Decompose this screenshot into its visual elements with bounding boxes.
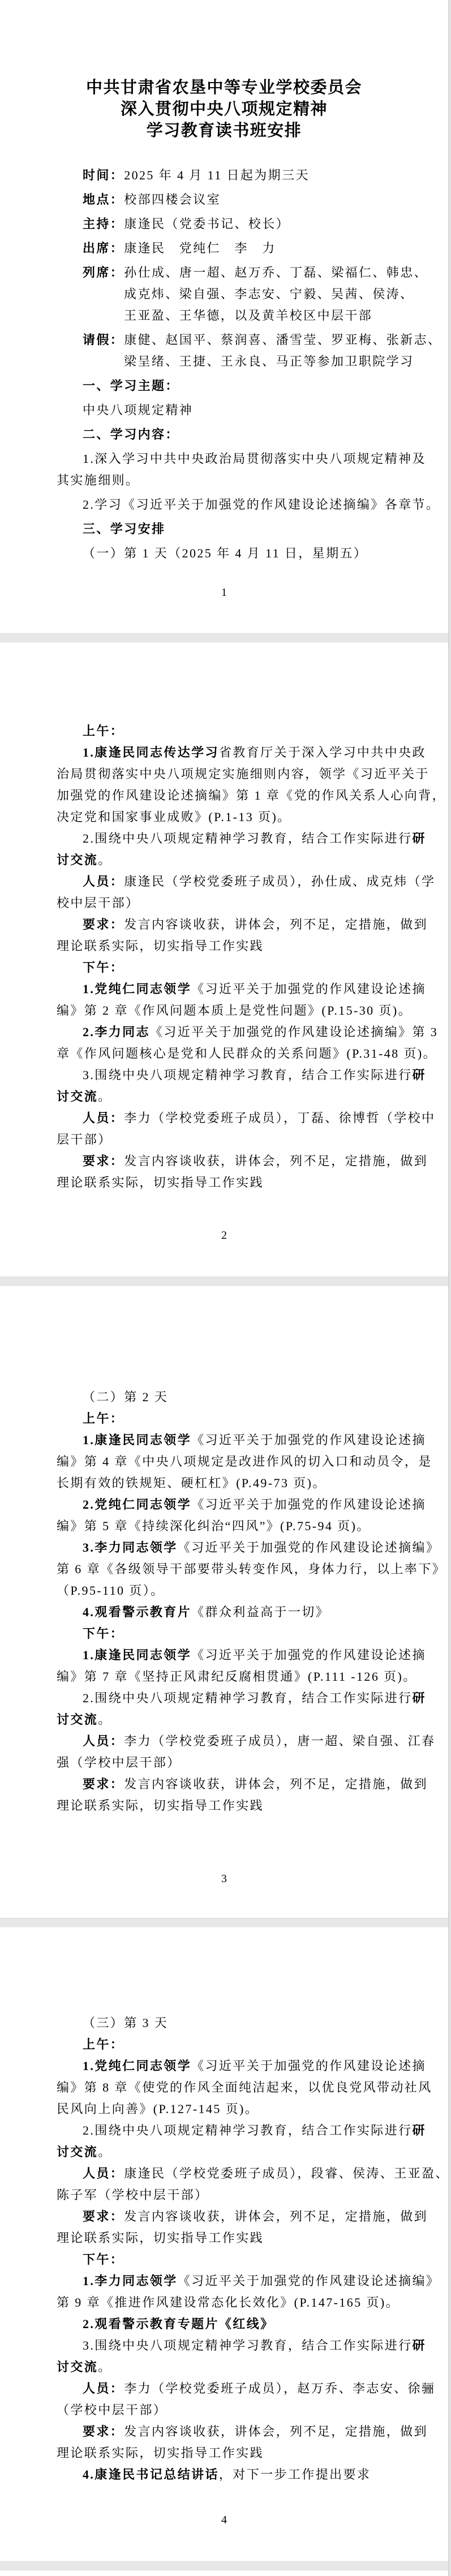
text-line: 编》第 7 章《坚持正风肃纪反腐相贯通》(P.111 -126 页)。: [0, 1666, 448, 1688]
text-segment: 省教育厅关于深入学习中共中央政: [219, 745, 426, 759]
text-segment: 陈子军（学校中层干部）: [57, 2188, 208, 2202]
text-segment: 发言内容谈收获，讲体会，列不足，定措施，做到: [124, 2424, 428, 2438]
text-line: 陈子军（学校中层干部）: [0, 2184, 448, 2206]
text-line: 4.观看警示教育片《群众利益高于一切》: [0, 1602, 448, 1623]
text-segment-bold: 研: [413, 2123, 426, 2137]
text-line: 1.党纯仁同志领学《习近平关于加强党的作风建设论述摘: [0, 978, 448, 1000]
text-segment-bold: 1.康逢民同志传达学习: [83, 745, 219, 759]
text-segment: 2.围绕中央八项规定精神学习教育，结合工作实际进行: [83, 1691, 413, 1705]
text-segment: 第 6 章《各级领导干部要带头转变作风，身体力行，以上率下》: [57, 1562, 446, 1576]
text-segment-bold: 1.党纯仁同志领学: [83, 982, 191, 996]
text-line: 要求：发言内容谈收获，讲体会，列不足，定措施，做到: [0, 914, 448, 935]
text-segment-bold: 要求：: [83, 1777, 124, 1791]
text-segment-bold: 2.李力同志: [83, 1025, 150, 1039]
document-page[interactable]: [0, 2571, 448, 2576]
text-line: 编》第 2 章《作风问题本质上是党性问题》(P.15-30 页)。: [0, 1000, 448, 1021]
text-line: 人员：李力（学校党委班子成员），赵万乔、李志安、徐骊: [0, 2378, 448, 2399]
text-line: （一）第 1 天（2025 年 4 月 11 日，星期五）: [0, 543, 448, 564]
text-line: 第 9 章《推进作风建设常态化长效化》(P.147-165 页)。: [0, 2292, 448, 2313]
text-line: 梁呈绪、王捷、王永良、马正等参加卫职院学习: [0, 351, 448, 372]
text-segment: 《习近平关于加强党的作风建设论述摘编》: [178, 2274, 440, 2288]
text-line: 其实施细则。: [0, 470, 448, 491]
text-line: 编》第 5 章《持续深化纠治“四风”》(P.75-94 页)。: [0, 1515, 448, 1537]
text-line: （二）第 2 天: [0, 1386, 448, 1408]
text-segment: 编》第 7 章《坚持正风肃纪反腐相贯通》(P.111 -126 页)。: [57, 1669, 417, 1684]
text-segment: 《习近平关于加强党的作风建设论述摘: [191, 1648, 426, 1662]
text-line: 章《作风问题核心是党和人民群众的关系问题》(P.31-48 页)。: [0, 1043, 448, 1064]
text-line: 下午：: [0, 957, 448, 978]
text-segment: （一）第 1 天（2025 年 4 月 11 日，星期五）: [83, 546, 367, 560]
text-line: 长期有效的铁规矩、硬杠杠》(P.49-73 页)。: [0, 1472, 448, 1494]
text-segment-bold: 深入贯彻中央八项规定精神: [121, 100, 328, 118]
text-segment-bold: 一、学习主题：: [83, 379, 179, 393]
text-segment: 《习近平关于加强党的作风建设论述摘编》第 3: [150, 1025, 438, 1039]
document-page[interactable]: 中共甘肃省农垦中等专业学校委员会深入贯彻中央八项规定精神学习教育读书班安排时间：…: [0, 0, 448, 633]
text-segment-bold: 主持：: [83, 217, 124, 231]
text-segment: 1.深入学习中共中央政治局贯彻落实中央八项规定精神及: [83, 452, 426, 466]
text-segment: （学校中层干部）: [57, 2403, 167, 2417]
text-line: 出席：康逢民 党纯仁 李 力: [0, 238, 448, 259]
page-gap: [0, 1277, 451, 1286]
text-segment: 发言内容谈收获，讲体会，列不足，定措施，做到: [124, 917, 428, 931]
text-line: 1.康逢民同志传达学习省教育厅关于深入学习中共中央政: [0, 742, 448, 763]
text-segment-bold: 列席：: [83, 265, 124, 280]
text-line: 讨交流。: [0, 2141, 448, 2163]
text-segment: 编》第 8 章《使党的作风全面纯洁起来，以优良党风带动社风: [57, 2080, 432, 2094]
text-line: 讨交流。: [0, 1709, 448, 1731]
text-segment: 第 9 章《推进作风建设常态化长效化》(P.147-165 页)。: [57, 2295, 400, 2309]
text-segment: 2.围绕中央八项规定精神学习教育，结合工作实际进行: [83, 831, 413, 845]
text-line: 主持：康逢民（党委书记、校长）: [0, 213, 448, 235]
text-segment: （二）第 2 天: [83, 1390, 168, 1404]
text-segment-bold: 讨交流: [57, 1089, 98, 1104]
text-line: 2.围绕中央八项规定精神学习教育，结合工作实际进行研: [0, 2120, 448, 2141]
text-segment-bold: 地点：: [83, 192, 124, 207]
text-segment: 李力（学校党委班子成员），唐一超、梁自强、江春: [124, 1734, 435, 1748]
page-gap: [0, 633, 451, 643]
text-segment: 王亚盈、王华德，以及黄羊校区中层干部: [124, 308, 372, 323]
text-segment-bold: 4.康逢民书记总结讲话: [83, 2467, 219, 2481]
text-line: 1.党纯仁同志领学《习近平关于加强党的作风建设论述摘: [0, 2055, 448, 2077]
text-segment: 康逢民 党纯仁 李 力: [124, 241, 276, 255]
text-segment: 《习近平关于加强党的作风建设论述摘: [191, 1433, 426, 1447]
text-segment-bold: 中共甘肃省农垦中等专业学校委员会: [86, 79, 362, 97]
text-segment: 2025 年 4 月 11 日起为期三天: [124, 168, 310, 182]
text-line: 人员：李力（学校党委班子成员），丁磊、徐博哲（学校中: [0, 1107, 448, 1129]
text-line: 要求：发言内容谈收获，讲体会，列不足，定措施，做到: [0, 2421, 448, 2442]
text-segment: 理论联系实际，切实指导工作实践: [57, 939, 264, 953]
document-page[interactable]: （三）第 3 天上午：1.党纯仁同志领学《习近平关于加强党的作风建设论述摘编》第…: [0, 1927, 448, 2561]
text-segment: 《习近平关于加强党的作风建设论述摘: [191, 2059, 426, 2073]
text-segment-bold: 讨交流: [57, 853, 98, 867]
scrollbar-track[interactable]: [448, 0, 451, 2576]
text-line: 4.康逢民书记总结讲话，对下一步工作提出要求: [0, 2464, 448, 2485]
document-viewport: 中共甘肃省农垦中等专业学校委员会深入贯彻中央八项规定精神学习教育读书班安排时间：…: [0, 0, 451, 2576]
text-segment: 长期有效的铁规矩、硬杠杠》(P.49-73 页)。: [57, 1476, 327, 1490]
text-segment-bold: 研: [413, 1068, 426, 1082]
text-segment: 加强党的作风建设论述摘编》第 1 章《党的作风关系人心向背，: [57, 788, 446, 802]
text-line: 列席：孙仕成、唐一超、赵万乔、丁磊、梁福仁、韩忠、: [0, 262, 448, 284]
text-line: 人员：康逢民（学校党委班子成员），孙仕成、成克炜（学: [0, 871, 448, 892]
text-line: 下午：: [0, 2249, 448, 2270]
text-segment-bold: 人员：: [83, 1734, 124, 1748]
text-line: 王亚盈、王华德，以及黄羊校区中层干部: [0, 305, 448, 327]
text-segment: 校部四楼会议室: [124, 192, 221, 207]
text-segment: 。: [98, 2360, 111, 2374]
text-line: 2.观看警示教育专题片《红线》: [0, 2313, 448, 2335]
text-segment: 层干部）: [57, 1132, 112, 1147]
text-segment-bold: 研: [413, 831, 426, 845]
text-line: 3.围绕中央八项规定精神学习教育，结合工作实际进行研: [0, 1064, 448, 1086]
text-segment-bold: 人员：: [83, 2381, 124, 2395]
text-segment-bold: 人员：: [83, 874, 124, 888]
text-segment: 《习近平关于加强党的作风建设论述摘编》: [178, 1540, 440, 1555]
text-segment: 李力（学校党委班子成员），丁磊、徐博哲（学校中: [124, 1111, 435, 1125]
text-line: 人员：康逢民（学校党委班子成员），段睿、侯涛、王亚盈、: [0, 2163, 448, 2184]
text-line: 成克炜、梁自强、李志安、宁毅、吴茜、侯涛、: [0, 284, 448, 305]
text-line: 要求：发言内容谈收获，讲体会，列不足，定措施，做到: [0, 1150, 448, 1172]
text-line: 治局贯彻落实中央八项规定实施细则内容，领学《习近平关于: [0, 763, 448, 785]
page-number: 4: [0, 2511, 448, 2528]
text-line: 人员：李力（学校党委班子成员），唐一超、梁自强、江春: [0, 1731, 448, 1752]
text-line: 理论联系实际，切实指导工作实践: [0, 1795, 448, 1817]
text-segment: 编》第 4 章《中央八项规定是改进作风的切入口和动员令，是: [57, 1454, 432, 1469]
text-line: 第 6 章《各级领导干部要带头转变作风，身体力行，以上率下》: [0, 1559, 448, 1580]
text-line: 时间：2025 年 4 月 11 日起为期三天: [0, 165, 448, 186]
text-line: 强（学校中层干部）: [0, 1752, 448, 1774]
text-segment-bold: 请假：: [83, 333, 124, 347]
text-segment-bold: 4.观看警示教育片: [83, 1605, 191, 1619]
text-line: 2.围绕中央八项规定精神学习教育，结合工作实际进行研: [0, 1688, 448, 1709]
page-gap: [0, 1918, 451, 1927]
text-line: 2.李力同志《习近平关于加强党的作风建设论述摘编》第 3: [0, 1021, 448, 1043]
text-segment-bold: 1.康逢民同志领学: [83, 1433, 191, 1447]
text-line: 上午：: [0, 1408, 448, 1429]
text-line: 三、学习安排: [0, 518, 448, 540]
text-segment: 编》第 5 章《持续深化纠治“四风”》(P.75-94 页)。: [57, 1519, 371, 1533]
text-segment: 3.围绕中央八项规定精神学习教育，结合工作实际进行: [83, 1068, 413, 1082]
text-line: 层干部）: [0, 1129, 448, 1150]
text-line: 讨交流。: [0, 2356, 448, 2378]
text-segment: 章《作风问题核心是党和人民群众的关系问题》(P.31-48 页)。: [57, 1046, 437, 1061]
text-segment: 其实施细则。: [57, 473, 139, 487]
text-segment: 康健、赵国平、蔡润喜、潘雪莹、罗亚梅、张新志、: [124, 333, 441, 347]
text-segment: 孙仕成、唐一超、赵万乔、丁磊、梁福仁、韩忠、: [124, 265, 428, 280]
text-line: 民风向上向善》(P.127-145 页)。: [0, 2098, 448, 2120]
text-segment-bold: 人员：: [83, 2166, 124, 2180]
text-segment: 编》第 2 章《作风问题本质上是党性问题》(P.15-30 页)。: [57, 1003, 412, 1017]
text-segment-bold: 上午：: [83, 724, 124, 738]
text-segment-bold: 上午：: [83, 2037, 124, 2051]
text-segment: 发言内容谈收获，讲体会，列不足，定措施，做到: [124, 2209, 428, 2223]
text-line: 讨交流。: [0, 1086, 448, 1107]
text-segment-bold: 下午：: [83, 1626, 124, 1641]
text-segment: 治局贯彻落实中央八项规定实施细则内容，领学《习近平关于: [57, 767, 429, 781]
text-segment-bold: 三、学习安排: [83, 522, 165, 536]
text-line: 编》第 8 章《使党的作风全面纯洁起来，以优良党风带动社风: [0, 2077, 448, 2098]
text-segment: ，对下一步工作提出要求: [219, 2467, 371, 2481]
text-line: 要求：发言内容谈收获，讲体会，列不足，定措施，做到: [0, 2206, 448, 2227]
text-segment: 强（学校中层干部）: [57, 1755, 181, 1770]
text-line: 2.学习《习近平关于加强党的作风建设论述摘编》各章节。: [0, 494, 448, 516]
text-segment: 李力（学校党委班子成员），赵万乔、李志安、徐骊: [124, 2381, 435, 2395]
text-segment: 校中层干部）: [57, 896, 139, 910]
text-line: 一、学习主题：: [0, 375, 448, 397]
text-line: 1.康逢民同志领学《习近平关于加强党的作风建设论述摘: [0, 1429, 448, 1451]
text-segment-bold: 1.康逢民同志领学: [83, 1648, 191, 1662]
document-page[interactable]: （二）第 2 天上午：1.康逢民同志领学《习近平关于加强党的作风建设论述摘编》第…: [0, 1286, 448, 1918]
text-segment: 理论联系实际，切实指导工作实践: [57, 1798, 264, 1813]
text-segment: 决定党和国家事业成败》(P.1-13 页)。: [57, 810, 291, 824]
text-line: 1.李力同志领学《习近平关于加强党的作风建设论述摘编》: [0, 2270, 448, 2292]
text-line: 1.深入学习中共中央政治局贯彻落实中央八项规定精神及: [0, 448, 448, 470]
page-number: 1: [0, 584, 448, 601]
text-line: 请假：康健、赵国平、蔡润喜、潘雪莹、罗亚梅、张新志、: [0, 329, 448, 351]
text-segment: 《习近平关于加强党的作风建设论述摘: [191, 1497, 426, 1512]
title-line: 深入贯彻中央八项规定精神: [0, 98, 448, 120]
text-line: 上午：: [0, 2034, 448, 2055]
text-segment-bold: 研: [413, 2338, 426, 2352]
text-line: 理论联系实际，切实指导工作实践: [0, 2442, 448, 2464]
text-segment: 《习近平关于加强党的作风建设论述摘: [191, 982, 426, 996]
text-segment-bold: 3.李力同志领学: [83, 1540, 178, 1555]
text-segment: 理论联系实际，切实指导工作实践: [57, 2231, 264, 2245]
text-segment-bold: 讨交流: [57, 2145, 98, 2159]
text-segment: 民风向上向善》(P.127-145 页)。: [57, 2102, 259, 2116]
text-line: 3.围绕中央八项规定精神学习教育，结合工作实际进行研: [0, 2335, 448, 2356]
text-line: 2.党纯仁同志领学《习近平关于加强党的作风建设论述摘: [0, 1494, 448, 1515]
text-segment: 。: [98, 1712, 111, 1727]
text-segment: 发言内容谈收获，讲体会，列不足，定措施，做到: [124, 1777, 428, 1791]
text-segment-bold: 出席：: [83, 241, 124, 255]
text-line: 讨交流。: [0, 849, 448, 871]
text-segment-bold: 时间：: [83, 168, 124, 182]
text-line: 上午：: [0, 720, 448, 742]
text-line: 要求：发言内容谈收获，讲体会，列不足，定措施，做到: [0, 1774, 448, 1795]
text-line: 二、学习内容：: [0, 424, 448, 445]
text-line: 中央八项规定精神: [0, 400, 448, 421]
text-segment-bold: 2.观看警示教育专题片《红线》: [83, 2317, 274, 2331]
text-segment-bold: 研: [413, 1691, 426, 1705]
text-line: （P.95-110 页）。: [0, 1580, 448, 1602]
text-line: 决定党和国家事业成败》(P.1-13 页)。: [0, 806, 448, 828]
text-segment-bold: 讨交流: [57, 2360, 98, 2374]
text-segment-bold: 2.党纯仁同志领学: [83, 1497, 191, 1512]
text-segment: （三）第 3 天: [83, 2016, 168, 2030]
text-segment-bold: 要求：: [83, 2209, 124, 2223]
text-line: （三）第 3 天: [0, 2012, 448, 2034]
text-segment: 。: [98, 1089, 111, 1104]
text-segment: 康逢民（学校党委班子成员），孙仕成、成克炜（学: [124, 874, 435, 888]
text-segment: （P.95-110 页）。: [57, 1583, 165, 1598]
text-segment-bold: 人员：: [83, 1111, 124, 1125]
text-line: （学校中层干部）: [0, 2399, 448, 2421]
text-segment: 3.围绕中央八项规定精神学习教育，结合工作实际进行: [83, 2338, 413, 2352]
text-segment: 中央八项规定精神: [83, 403, 193, 417]
title-line: 中共甘肃省农垦中等专业学校委员会: [0, 77, 448, 98]
text-segment-bold: 讨交流: [57, 1712, 98, 1727]
text-line: 3.李力同志领学《习近平关于加强党的作风建设论述摘编》: [0, 1537, 448, 1559]
text-line: 理论联系实际，切实指导工作实践: [0, 935, 448, 957]
text-line: 加强党的作风建设论述摘编》第 1 章《党的作风关系人心向背，: [0, 785, 448, 806]
text-segment-bold: 学习教育读书班安排: [147, 122, 302, 140]
text-line: 校中层干部）: [0, 892, 448, 914]
text-segment-bold: 1.李力同志领学: [83, 2274, 178, 2288]
text-segment-bold: 1.党纯仁同志领学: [83, 2059, 191, 2073]
text-segment-bold: 上午：: [83, 1411, 124, 1426]
text-segment: 2.围绕中央八项规定精神学习教育，结合工作实际进行: [83, 2123, 413, 2137]
title-line: 学习教育读书班安排: [0, 120, 448, 141]
text-segment-bold: 要求：: [83, 917, 124, 931]
text-line: 编》第 4 章《中央八项规定是改进作风的切入口和动员令，是: [0, 1451, 448, 1472]
text-segment-bold: 要求：: [83, 1154, 124, 1168]
page-gap: [0, 2561, 451, 2571]
text-segment-bold: 下午：: [83, 960, 124, 974]
text-segment: 2.学习《习近平关于加强党的作风建设论述摘编》各章节。: [83, 497, 440, 512]
text-line: 2.围绕中央八项规定精神学习教育，结合工作实际进行研: [0, 828, 448, 849]
text-segment-bold: 下午：: [83, 2252, 124, 2266]
text-segment: 理论联系实际，切实指导工作实践: [57, 2446, 264, 2460]
text-segment-bold: 二、学习内容：: [83, 427, 179, 441]
text-segment: 理论联系实际，切实指导工作实践: [57, 1175, 264, 1190]
text-segment: 成克炜、梁自强、李志安、宁毅、吴茜、侯涛、: [124, 287, 414, 301]
page-number: 2: [0, 1227, 448, 1244]
text-line: 1.康逢民同志领学《习近平关于加强党的作风建设论述摘: [0, 1645, 448, 1666]
page-number: 3: [0, 1870, 448, 1887]
text-segment: 康逢民（学校党委班子成员），段睿、侯涛、王亚盈、: [124, 2166, 448, 2180]
text-line: 地点：校部四楼会议室: [0, 189, 448, 211]
text-segment: 康逢民（党委书记、校长）: [124, 217, 290, 231]
text-segment-bold: 要求：: [83, 2424, 124, 2438]
text-segment: 发言内容谈收获，讲体会，列不足，定措施，做到: [124, 1154, 428, 1168]
text-segment: 《群众利益高于一切》: [191, 1605, 329, 1619]
text-segment: 。: [98, 2145, 111, 2159]
text-line: 下午：: [0, 1623, 448, 1645]
text-segment: 。: [98, 853, 111, 867]
text-segment: 梁呈绪、王捷、王永良、马正等参加卫职院学习: [124, 354, 414, 368]
text-line: 理论联系实际，切实指导工作实践: [0, 2227, 448, 2249]
document-page[interactable]: 上午：1.康逢民同志传达学习省教育厅关于深入学习中共中央政治局贯彻落实中央八项规…: [0, 643, 448, 1277]
text-line: 理论联系实际，切实指导工作实践: [0, 1172, 448, 1193]
